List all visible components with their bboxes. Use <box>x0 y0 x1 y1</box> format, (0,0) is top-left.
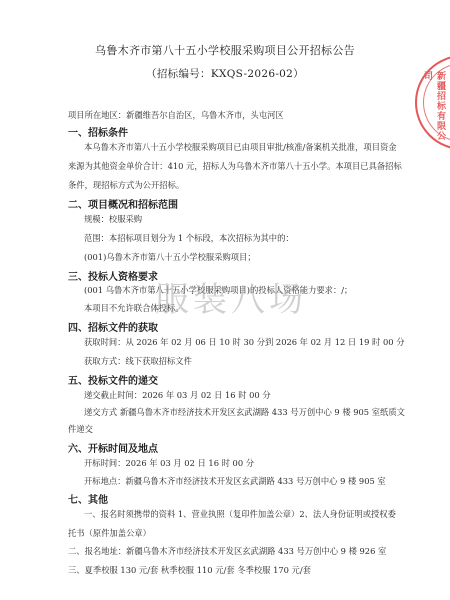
section-heading: 三、投标人资格要求 <box>68 268 158 283</box>
section-line: 开标时间：2026 年 03 月 02 日 16 时 00 分 <box>84 458 254 469</box>
section-line: 范围：本招标项目划分为 1 个标段，本次招标为其中的： <box>84 233 294 244</box>
section-heading: 四、招标文件的获取 <box>68 319 158 334</box>
tender-number: （招标编号：KXQS-2026-02） <box>0 66 450 81</box>
section-line: 本乌鲁木齐市第八十五小学校服采购项目已由项目审批/核准/备案机关批准，项目资金 <box>84 142 397 153</box>
document-title: 乌鲁木齐市第八十五小学校服采购项目公开招标公告 <box>0 42 450 58</box>
section-line: 托书（原件加盖公章） <box>68 528 151 539</box>
section-heading: 五、投标文件的递交 <box>68 372 158 387</box>
section-line: 来源为其他资金单价合计：410 元，招标人为乌鲁木齐市第八十五小学。本项目已具备… <box>68 161 402 172</box>
section-line: 件递交 <box>68 424 93 435</box>
section-line: 一、报名时须携带的资料 1、营业执照（复印件加盖公章）2、法人身份证明或授权委 <box>84 509 396 520</box>
section-heading: 七、其他 <box>68 491 108 506</box>
seal-text: 新疆招标有限公司 <box>421 71 447 148</box>
section-heading: 六、开标时间及地点 <box>68 440 158 455</box>
document-page: 乌鲁木齐市第八十五小学校服采购项目公开招标公告 （招标编号：KXQS-2026-… <box>0 0 450 600</box>
section-line: 获取方式：线下获取招标文件 <box>84 356 192 367</box>
location-line: 项目所在地区：新疆维吾尔自治区，乌鲁木齐市，头屯河区 <box>68 110 284 121</box>
section-line: 递交截止时间：2026 年 03 月 02 日 16 时 00 分 <box>84 390 271 401</box>
section-heading: 一、招标条件 <box>68 124 128 139</box>
section-line: 规模：校服采购 <box>84 214 142 225</box>
section-line: 条件，现招标方式为公开招标。 <box>68 180 184 191</box>
section-line: (001)乌鲁木齐市第八十五小学校服采购项目； <box>84 252 256 263</box>
section-heading: 二、项目概况和招标范围 <box>68 196 178 211</box>
watermark: 服装八场 <box>155 272 307 321</box>
section-line: 三、夏季校服 130 元/套 秋季校服 110 元/套 冬季校服 170 元/套 <box>68 565 311 576</box>
section-line: 获取时间：从 2026 年 02 月 06 日 10 时 30 分到 2026 … <box>84 337 405 348</box>
section-line: 二、报名地址：新疆乌鲁木齐市经济技术开发区玄武湖路 433 号万创中心 9 楼 … <box>68 546 386 557</box>
section-line: 递交方式 新疆乌鲁木齐市经济技术开发区玄武湖路 433 号万创中心 9 楼 90… <box>84 407 405 418</box>
section-line: 开标地点：新疆乌鲁木齐市经济技术开发区玄武湖路 433 号万创中心 9 楼 90… <box>84 476 386 487</box>
